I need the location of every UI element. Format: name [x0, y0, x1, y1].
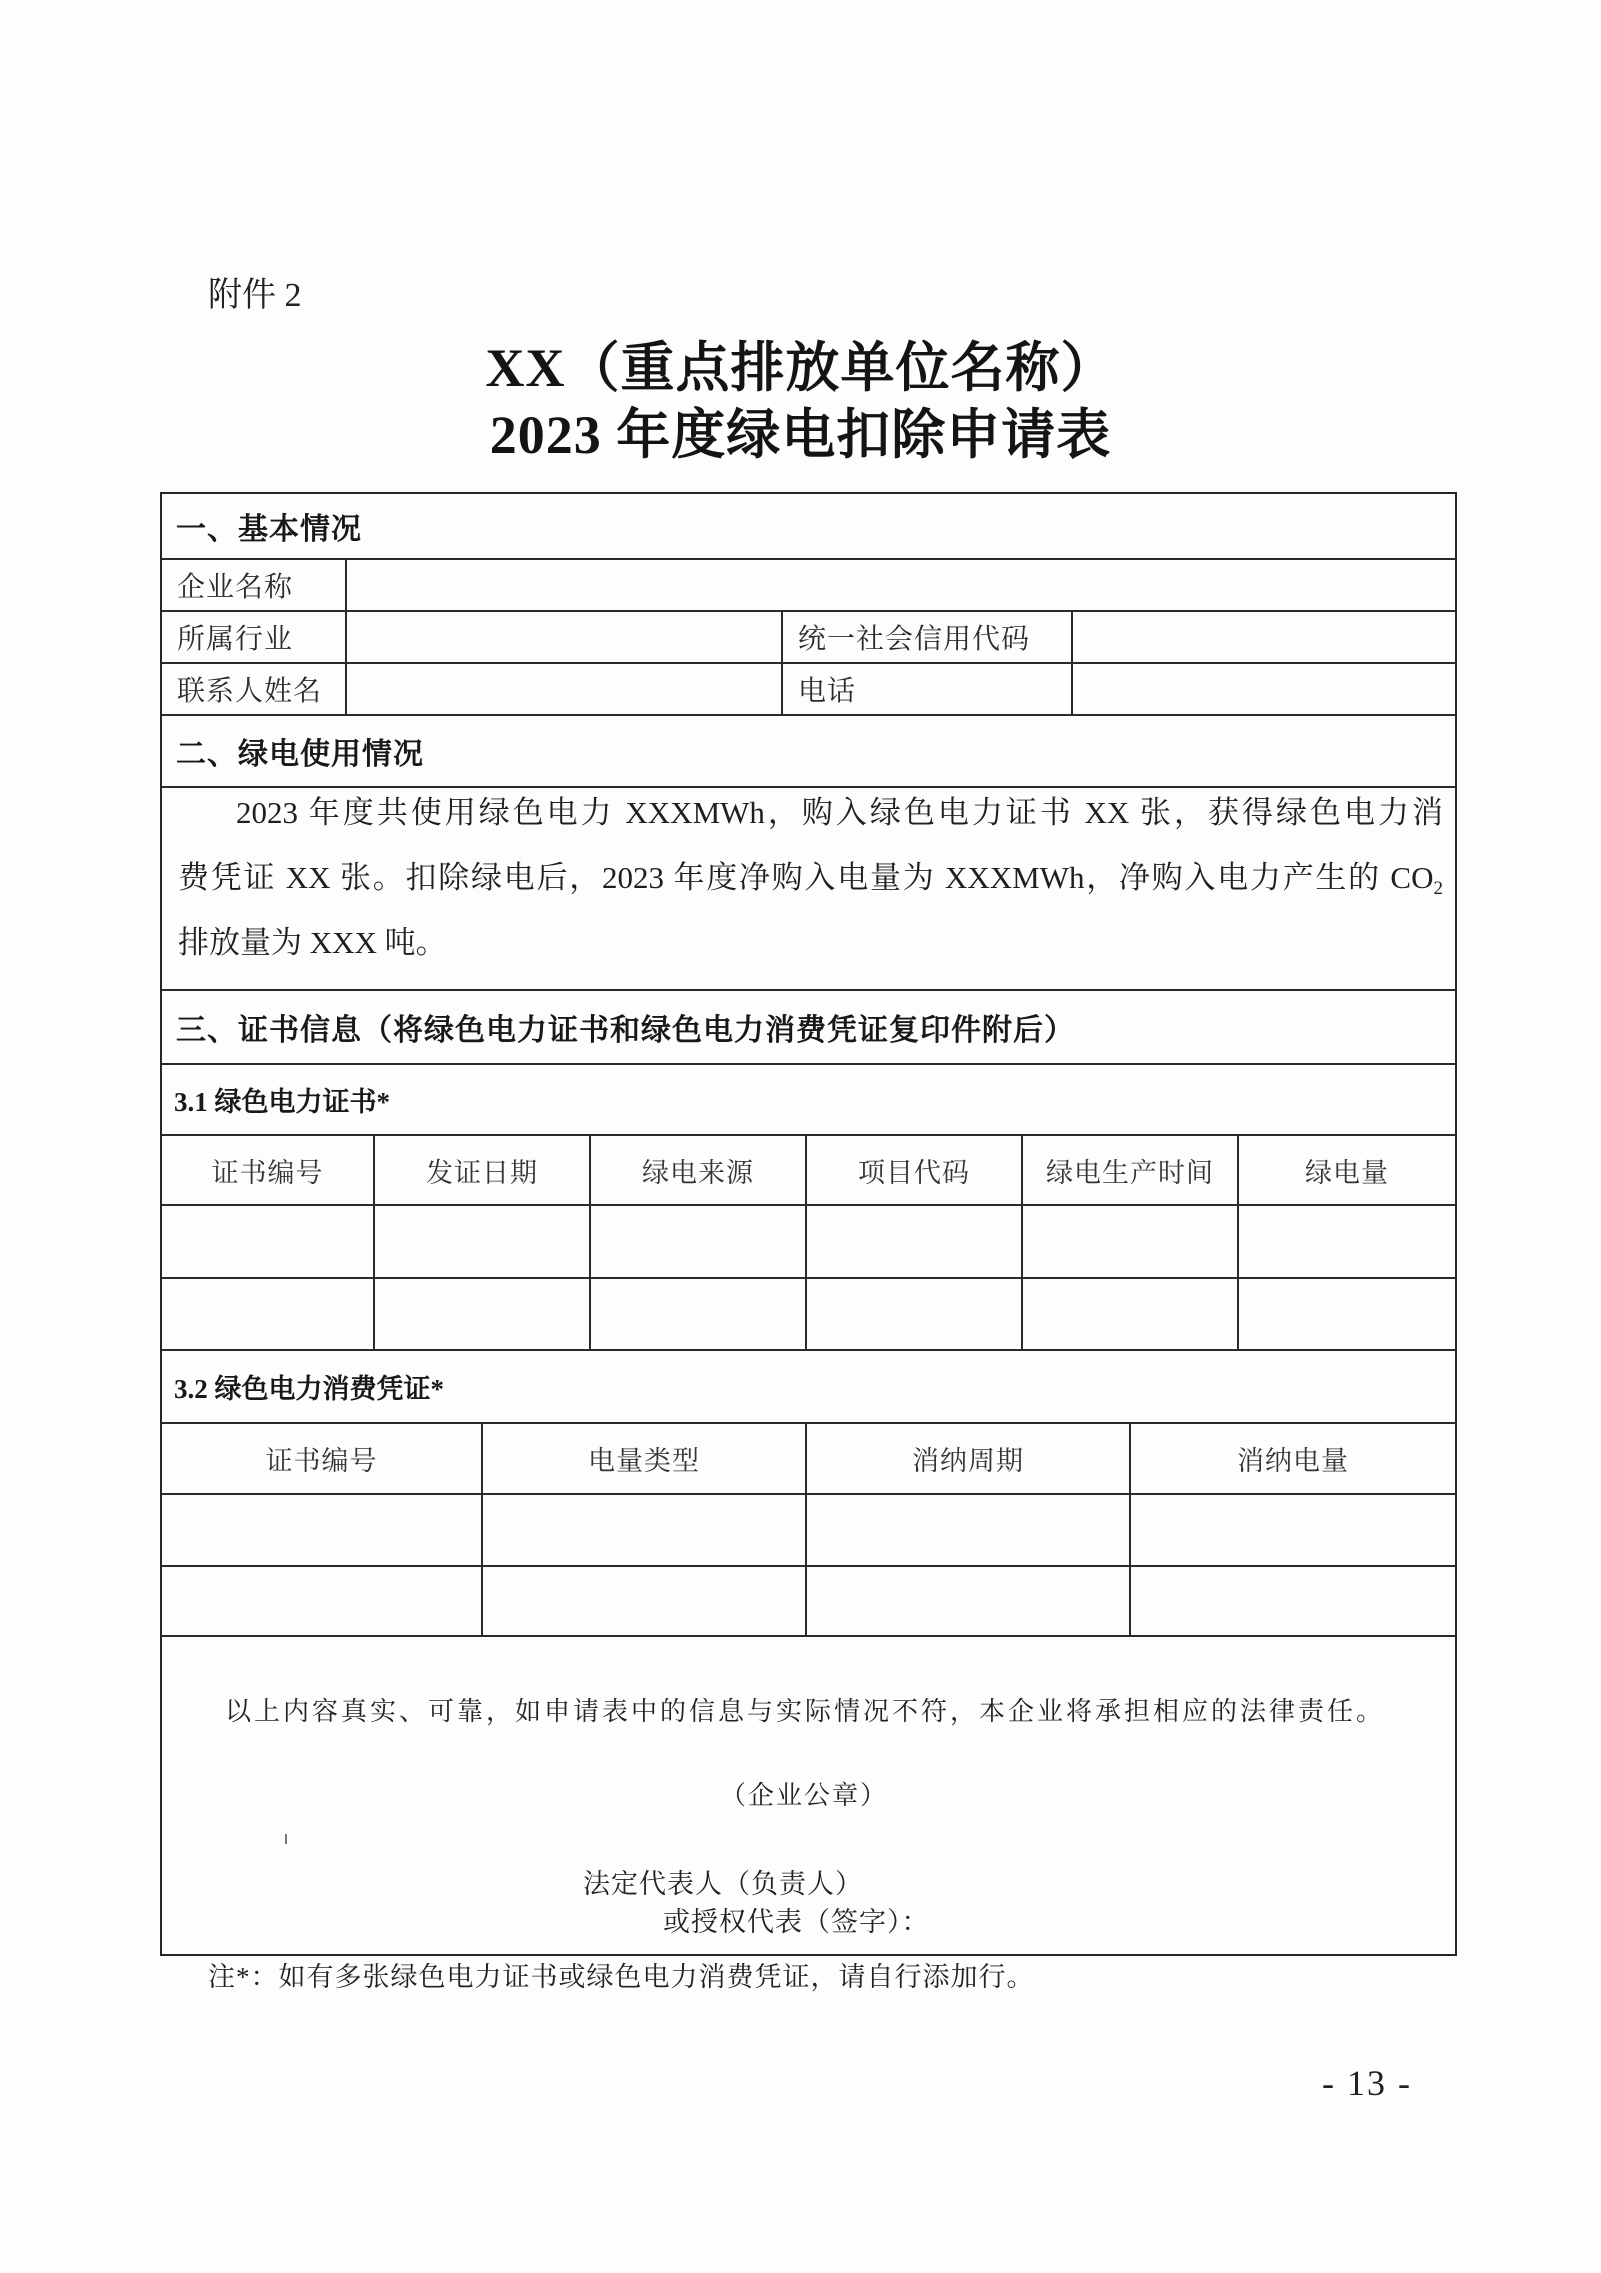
footnote: 注*：如有多张绿色电力证书或绿色电力消费凭证，请自行添加行。 — [208, 1962, 1035, 1992]
field-label: 电话 — [783, 664, 1073, 714]
column-header: 绿电来源 — [591, 1136, 807, 1204]
column-header: 电量类型 — [483, 1424, 807, 1493]
table-cell — [375, 1206, 591, 1277]
table-cell — [162, 1279, 375, 1349]
section-heading: 二、绿电使用情况 — [162, 716, 1455, 786]
table-cell — [1239, 1206, 1455, 1277]
green-certificate-header-row: 证书编号 发证日期 绿电来源 项目代码 绿电生产时间 绿电量 — [162, 1136, 1455, 1206]
paragraph-line: 费凭证 XX 张。扣除绿电后，2023 年度净购入电量为 XXXMWh，净购入电… — [178, 845, 1443, 910]
column-header: 绿电生产时间 — [1023, 1136, 1239, 1204]
page-number: - 13 - — [1322, 2062, 1412, 2104]
attachment-label: 附件 2 — [208, 276, 302, 316]
table-cell — [162, 1495, 483, 1565]
table-cell — [807, 1567, 1131, 1635]
table-row — [162, 1206, 1455, 1279]
form-title-line1: XX（重点排放单位名称） — [0, 337, 1601, 399]
column-header: 发证日期 — [375, 1136, 591, 1204]
table-cell — [807, 1206, 1023, 1277]
column-header: 绿电量 — [1239, 1136, 1455, 1204]
table-cell — [1023, 1206, 1239, 1277]
application-form-table: 一、基本情况 企业名称 所属行业 统一社会信用代码 联系人姓名 电话 二、绿电使… — [160, 492, 1457, 1956]
column-header: 消纳电量 — [1131, 1424, 1455, 1493]
company-name-row: 企业名称 — [162, 560, 1455, 612]
column-header: 证书编号 — [162, 1136, 375, 1204]
table-row — [162, 1567, 1455, 1637]
table-cell — [162, 1567, 483, 1635]
consumption-voucher-title-row: 3.2 绿色电力消费凭证* — [162, 1351, 1455, 1424]
co2-subscript: 2 — [1434, 878, 1444, 899]
declaration-statement: 以上内容真实、可靠，如申请表中的信息与实际情况不符，本企业将承担相应的法律责任。 — [225, 1697, 1385, 1727]
table-cell — [1131, 1567, 1455, 1635]
company-name-field — [347, 560, 1455, 610]
industry-row: 所属行业 统一社会信用代码 — [162, 612, 1455, 664]
table-row — [162, 1495, 1455, 1567]
section-certificates-heading-row: 三、证书信息（将绿色电力证书和绿色电力消费凭证复印件附后） — [162, 991, 1455, 1065]
contact-row: 联系人姓名 电话 — [162, 664, 1455, 716]
declaration-block: 以上内容真实、可靠，如申请表中的信息与实际情况不符，本企业将承担相应的法律责任。… — [162, 1637, 1455, 1954]
contact-name-field — [347, 664, 783, 714]
paragraph-line: 排放量为 XXX 吨。 — [178, 910, 1443, 975]
section-heading: 三、证书信息（将绿色电力证书和绿色电力消费凭证复印件附后） — [162, 991, 1455, 1063]
credit-code-field — [1073, 612, 1455, 662]
table-row — [162, 1279, 1455, 1351]
column-header: 消纳周期 — [807, 1424, 1131, 1493]
legal-representative-label: 法定代表人（负责人） — [583, 1869, 863, 1899]
table-cell — [1131, 1495, 1455, 1565]
section-usage-heading-row: 二、绿电使用情况 — [162, 716, 1455, 788]
section-basic-heading-row: 一、基本情况 — [162, 494, 1455, 560]
industry-field — [347, 612, 783, 662]
table-cell — [591, 1206, 807, 1277]
field-label: 统一社会信用代码 — [783, 612, 1073, 662]
consumption-voucher-header-row: 证书编号 电量类型 消纳周期 消纳电量 — [162, 1424, 1455, 1495]
subsection-heading: 3.2 绿色电力消费凭证* — [162, 1351, 1455, 1422]
table-cell — [1023, 1279, 1239, 1349]
table-cell — [162, 1206, 375, 1277]
table-cell — [1239, 1279, 1455, 1349]
table-cell — [807, 1495, 1131, 1565]
company-seal-label: （企业公章） — [720, 1781, 888, 1811]
table-cell — [375, 1279, 591, 1349]
table-cell — [591, 1279, 807, 1349]
phone-field — [1073, 664, 1455, 714]
paragraph-text: 2023 年度共使用绿色电力 XXXMWh，购入绿色电力证书 XX 张，获得绿色… — [236, 795, 1443, 830]
paragraph-text: 排放量为 XXX 吨。 — [178, 925, 447, 960]
usage-paragraph: 2023 年度共使用绿色电力 XXXMWh，购入绿色电力证书 XX 张，获得绿色… — [162, 788, 1455, 989]
field-label: 联系人姓名 — [162, 664, 347, 714]
table-cell — [483, 1567, 807, 1635]
subsection-heading: 3.1 绿色电力证书* — [162, 1065, 1455, 1134]
column-header: 项目代码 — [807, 1136, 1023, 1204]
field-label: 所属行业 — [162, 612, 347, 662]
form-title-line2: 2023 年度绿电扣除申请表 — [0, 404, 1601, 466]
table-cell — [807, 1279, 1023, 1349]
paragraph-text: 费凭证 XX 张。扣除绿电后，2023 年度净购入电量为 XXXMWh，净购入电… — [178, 860, 1434, 895]
green-certificate-title-row: 3.1 绿色电力证书* — [162, 1065, 1455, 1136]
authorized-signature-label: 或授权代表（签字）： — [663, 1907, 930, 1937]
scan-artifact — [285, 1834, 287, 1844]
column-header: 证书编号 — [162, 1424, 483, 1493]
section-heading: 一、基本情况 — [162, 494, 1455, 558]
field-label: 企业名称 — [162, 560, 347, 610]
usage-paragraph-row: 2023 年度共使用绿色电力 XXXMWh，购入绿色电力证书 XX 张，获得绿色… — [162, 788, 1455, 991]
paragraph-line: 2023 年度共使用绿色电力 XXXMWh，购入绿色电力证书 XX 张，获得绿色… — [178, 788, 1443, 845]
table-cell — [483, 1495, 807, 1565]
